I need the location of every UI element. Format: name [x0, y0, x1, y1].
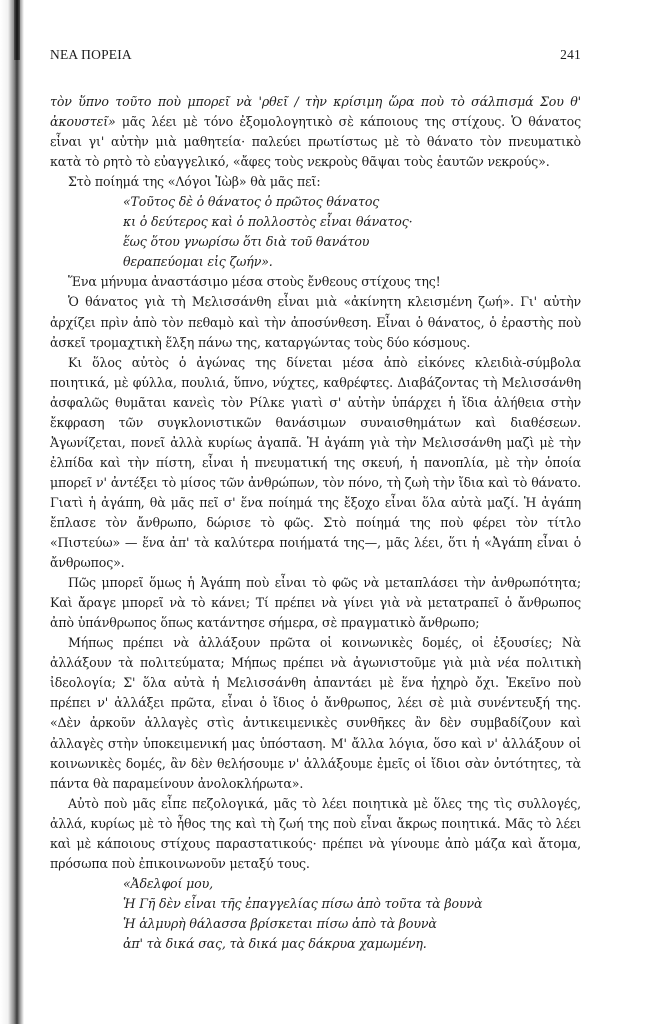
paragraph-7: Μήπως πρέπει νὰ ἀλλάξουν πρῶτα οἱ κοινων… — [50, 633, 581, 793]
verse-line: Ἡ ἁλμυρὴ θάλασσα βρίσκεται πίσω ἀπὸ τὰ β… — [123, 914, 581, 934]
page-body: τὸν ὕπνο τοῦτο ποὺ μπορεῖ νὰ 'ρθεῖ / τὴν… — [50, 92, 581, 954]
paragraph-text: μᾶς λέει μὲ τόνο ἐξομολογητικὸ σὲ κάποιο… — [50, 114, 581, 169]
verse-line: «Ἀδελφοί μου, — [123, 874, 581, 894]
page-number: 241 — [560, 47, 581, 63]
paragraph-3: Ἕνα μήνυμα ἀναστάσιμο μέσα στοὺς ἔνθεους… — [50, 272, 581, 292]
verse-line: Ἡ Γῆ δὲν εἶναι τῆς ἐπαγγελίας πίσω ἀπὸ τ… — [123, 894, 581, 914]
paragraph-4: Ὁ θάνατος γιὰ τὴ Μελισσάνθη εἶναι μιὰ «ἀ… — [50, 292, 581, 352]
verse-block-2: «Ἀδελφοί μου, Ἡ Γῆ δὲν εἶναι τῆς ἐπαγγελ… — [50, 874, 581, 954]
paragraph-1: τὸν ὕπνο τοῦτο ποὺ μπορεῖ νὰ 'ρθεῖ / τὴν… — [50, 92, 581, 172]
paragraph-5: Κι ὅλος αὐτὸς ὁ ἀγώνας της δίνεται μέσα … — [50, 353, 581, 574]
verse-line: κι ὁ δεύτερος καὶ ὁ πολλοστὸς εἶναι θάνα… — [123, 212, 581, 232]
verse-line: ἕως ὅτου γνωρίσω ὅτι διὰ τοῦ θανάτου — [123, 232, 581, 252]
book-binding-shadow — [0, 0, 24, 1024]
paragraph-8: Αὐτὸ ποὺ μᾶς εἶπε πεζολογικά, μᾶς τὸ λέε… — [50, 794, 581, 874]
running-title: ΝΕΑ ΠΟΡΕΙΑ — [50, 47, 132, 63]
verse-line: ἀπ' τὰ δικά σας, τὰ δικά μας δάκρυα χαμω… — [123, 934, 581, 954]
verse-line: θεραπεύομαι εἰς ζωήν». — [123, 252, 581, 272]
paragraph-2: Στὸ ποίημά της «Λόγοι Ἰὼβ» θὰ μᾶς πεῖ: — [50, 172, 581, 192]
page-header: ΝΕΑ ΠΟΡΕΙΑ 241 — [50, 47, 581, 65]
book-binding-edge — [14, 0, 20, 60]
verse-block-1: «Τοῦτος δὲ ὁ θάνατος ὁ πρῶτος θάνατος κι… — [50, 192, 581, 272]
paragraph-6: Πῶς μπορεῖ ὅμως ἡ Ἀγάπη ποὺ εἶναι τὸ φῶς… — [50, 573, 581, 633]
verse-line: «Τοῦτος δὲ ὁ θάνατος ὁ πρῶτος θάνατος — [123, 192, 581, 212]
